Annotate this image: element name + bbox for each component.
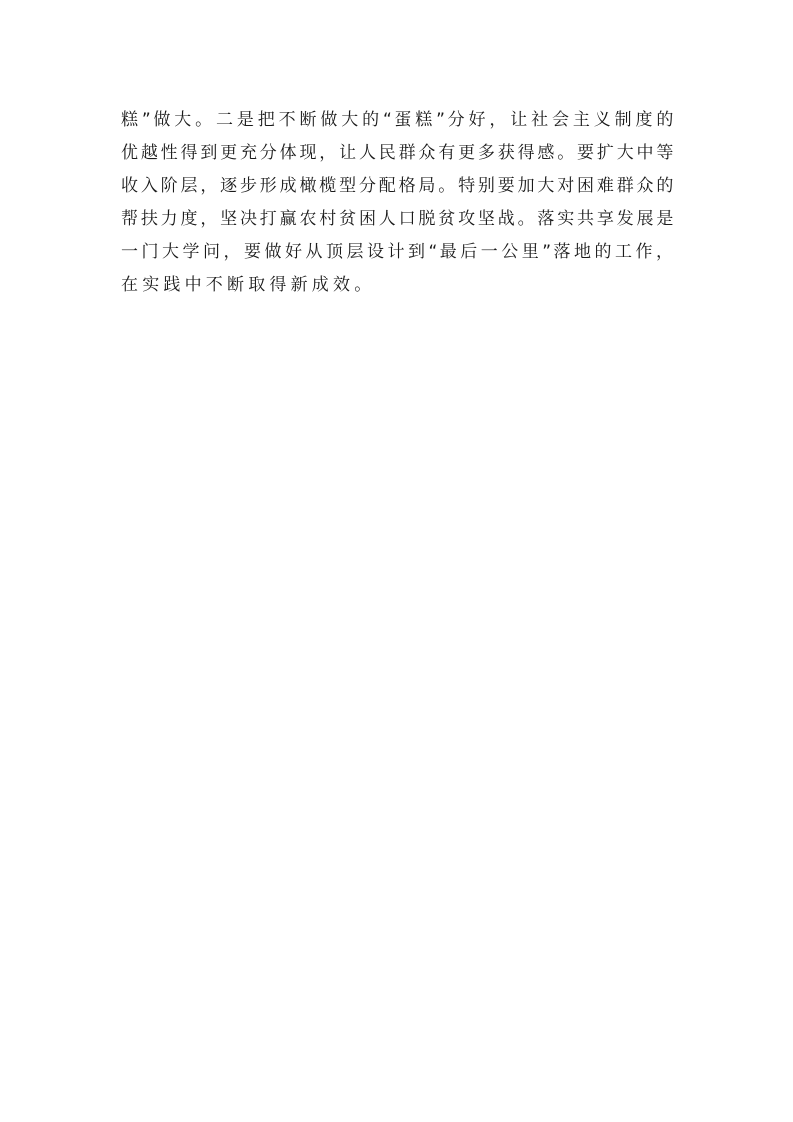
paragraph-line-1: 糕 ” 做 大 。 二 是 把 不 断 做 大 的 “ 蛋 糕 ” 分 好 ， … [121, 104, 673, 137]
document-page: 糕 ” 做 大 。 二 是 把 不 断 做 大 的 “ 蛋 糕 ” 分 好 ， … [0, 0, 793, 1122]
body-paragraph: 糕 ” 做 大 。 二 是 把 不 断 做 大 的 “ 蛋 糕 ” 分 好 ， … [121, 104, 681, 302]
paragraph-line-2: 优 越 性 得 到 更 充 分 体 现 ， 让 人 民 群 众 有 更 多 获 … [121, 137, 673, 170]
paragraph-line-5: 一 门 大 学 问 ， 要 做 好 从 顶 层 设 计 到 “ 最 后 一 公 … [121, 236, 673, 269]
paragraph-line-3: 收 入 阶 层 ， 逐 步 形 成 橄 榄 型 分 配 格 局 。 特 别 要 … [121, 170, 673, 203]
paragraph-line-6: 在实践中不断取得新成效。 [121, 269, 681, 302]
paragraph-line-4: 帮 扶 力 度 ， 坚 决 打 赢 农 村 贫 困 人 口 脱 贫 攻 坚 战 … [121, 203, 673, 236]
